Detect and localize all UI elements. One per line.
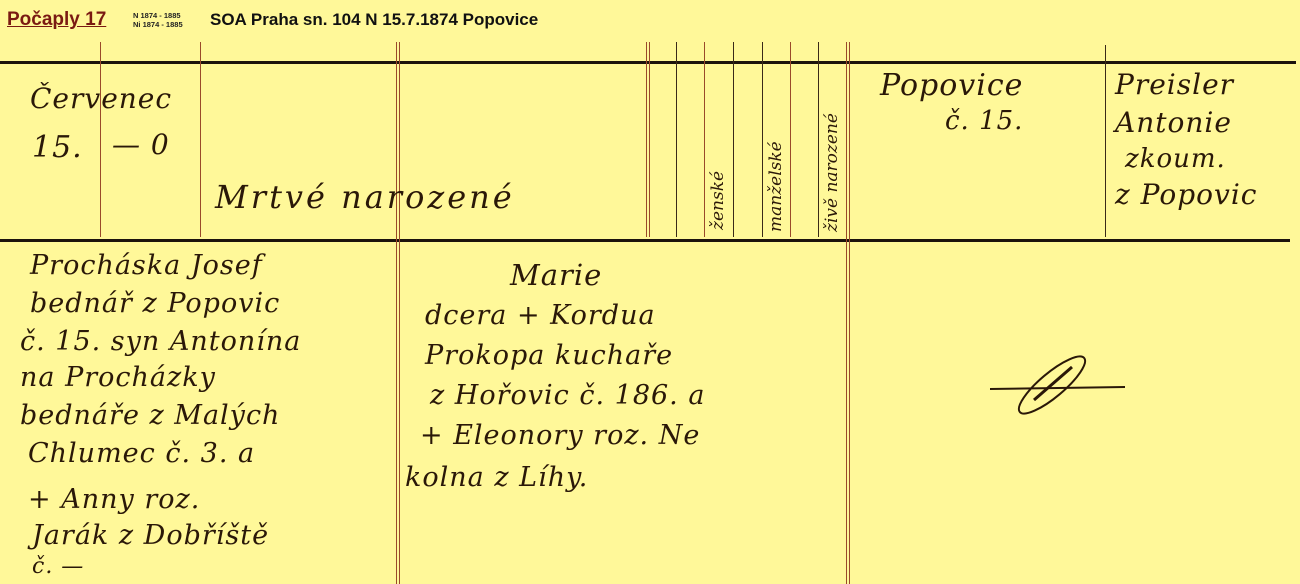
col-divider — [733, 42, 734, 237]
middle-rule — [0, 239, 1290, 242]
house-number: č. 15. — [945, 106, 1023, 136]
midwife-line: Antonie — [1115, 106, 1232, 139]
place: Popovice — [880, 68, 1023, 103]
midwife-line: zkoum. — [1125, 144, 1226, 174]
col-divider — [790, 42, 791, 237]
father-line: + Anny roz. — [28, 484, 200, 515]
range-ni: Ni 1874 - 1885 — [133, 20, 183, 29]
godparent-mark — [990, 345, 1130, 429]
col-divider — [649, 42, 650, 237]
mother-line: Prokopa kuchaře — [425, 340, 673, 371]
col-divider — [818, 42, 819, 237]
col-divider — [762, 42, 763, 237]
col-divider — [846, 42, 847, 584]
register-ranges: N 1874 - 1885 Ni 1874 - 1885 — [133, 11, 183, 29]
col-divider — [1105, 45, 1106, 237]
mother-line: dcera + Kordua — [425, 300, 656, 331]
range-n: N 1874 - 1885 — [133, 11, 183, 20]
father-line: Procháska Josef — [30, 250, 263, 281]
label-born-alive: živě narozené — [822, 113, 842, 232]
source-citation: SOA Praha sn. 104 N 15.7.1874 Popovice — [210, 10, 538, 30]
child-name: Mrtvé narozené — [215, 178, 515, 216]
col-divider — [849, 42, 850, 584]
father-line: č. 15. syn Antonína — [20, 326, 301, 357]
col-divider — [646, 42, 647, 237]
mother-line: z Hořovic č. 186. a — [430, 380, 705, 411]
father-line: bednáře z Malých — [20, 400, 280, 431]
location-link[interactable]: Počaply 17 — [7, 9, 106, 31]
label-female: ženské — [708, 171, 728, 230]
midwife-line: Preisler — [1115, 68, 1234, 101]
hour-dash: — 0 — [112, 128, 170, 161]
midwife-line: z Popovic — [1115, 178, 1257, 211]
col-divider — [676, 42, 677, 237]
father-line: Chlumec č. 3. a — [28, 438, 255, 469]
crossed-zero-icon — [990, 345, 1130, 425]
col-divider — [200, 42, 201, 237]
top-rule — [0, 61, 1296, 64]
col-divider — [100, 42, 101, 237]
father-line: Jarák z Dobříště — [32, 520, 269, 551]
father-line: na Procházky — [20, 362, 216, 393]
col-divider — [396, 42, 397, 584]
mother-line: kolna z Líhy. — [405, 462, 588, 493]
month: Červenec — [30, 82, 172, 115]
label-legitimate: manželské — [766, 141, 786, 232]
mother-line: Marie — [510, 258, 602, 292]
father-line: č. — — [32, 554, 84, 579]
day: 15. — [32, 130, 83, 165]
father-line: bednář z Popovic — [30, 288, 280, 319]
mother-line: + Eleonory roz. Ne — [420, 420, 700, 451]
col-divider — [704, 42, 705, 237]
col-divider — [399, 42, 400, 584]
page-header: Počaply 17 N 1874 - 1885 Ni 1874 - 1885 … — [0, 0, 1300, 40]
